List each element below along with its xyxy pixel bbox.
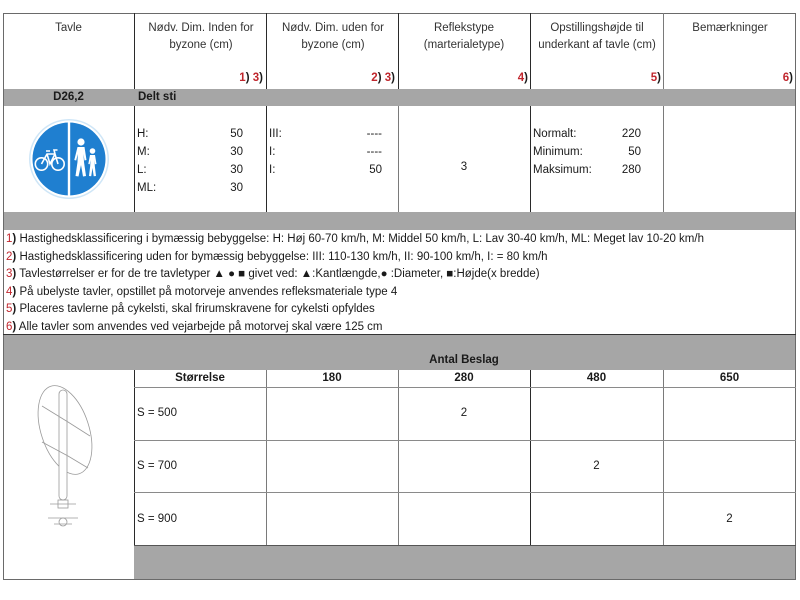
sign-name: Delt sti <box>138 91 176 103</box>
header-ref-5: 5) <box>600 72 661 84</box>
fittings-cell: 2 <box>663 513 796 525</box>
mounting-bracket-drawing <box>30 382 110 552</box>
fittings-row-size: S = 500 <box>137 407 177 419</box>
fittings-row-size: S = 900 <box>137 513 177 525</box>
header-mounting-height: Opstillingshøjde til underkant af tavle … <box>532 20 662 54</box>
fittings-col-180: 180 <box>266 372 398 384</box>
fittings-title: Antal Beslag <box>398 354 530 366</box>
footnote-5: 5) Placeres tavlerne på cykelsti, skal f… <box>6 301 375 319</box>
outside-byzone-dimensions: III:---- I:---- I:50 <box>269 125 382 179</box>
fittings-col-650: 650 <box>663 372 796 384</box>
fittings-cell: 2 <box>530 460 663 472</box>
footnote-4: 4) På ubelyste tavler, opstillet på moto… <box>6 284 397 302</box>
mounting-height-values: Normalt:220 Minimum:50 Maksimum:280 <box>533 125 641 179</box>
footnote-1: 1) Hastighedsklassificering i bymæssig b… <box>6 231 704 249</box>
header-ref-1-3: 1) 3) <box>200 72 263 84</box>
fittings-cell: 2 <box>398 407 530 419</box>
footnote-3: 3) Tavlestørrelser er for de tre tavlety… <box>6 266 540 284</box>
fittings-col-480: 480 <box>530 372 663 384</box>
fittings-col-size: Størrelse <box>134 372 266 384</box>
sign-code: D26,2 <box>3 91 134 103</box>
header-ref-2-3: 2) 3) <box>332 72 395 84</box>
footnote-2: 2) Hastighedsklassificering uden for bym… <box>6 249 548 267</box>
header-ref-4: 4) <box>470 72 528 84</box>
remarks-cell <box>664 107 795 211</box>
header-ref-6: 6) <box>730 72 793 84</box>
header-inside-byzone: Nødv. Dim. Inden for byzone (cm) <box>140 20 262 54</box>
header-outside-byzone: Nødv. Dim. uden for byzone (cm) <box>272 20 394 54</box>
header-remarks: Bemærkninger <box>665 20 795 37</box>
fittings-col-280: 280 <box>398 372 530 384</box>
footnote-6: 6) Alle tavler som anvendes ved vejarbej… <box>6 319 383 337</box>
inside-byzone-dimensions: H:50 M:30 L:30 ML:30 <box>137 125 243 197</box>
fittings-row-size: S = 700 <box>137 460 177 472</box>
reflex-type-value: 3 <box>398 161 530 173</box>
header-reflex-type: Reflekstype (marterialetype) <box>410 20 518 54</box>
header-tavle: Tavle <box>3 20 134 37</box>
divided-path-sign-icon <box>28 118 110 200</box>
